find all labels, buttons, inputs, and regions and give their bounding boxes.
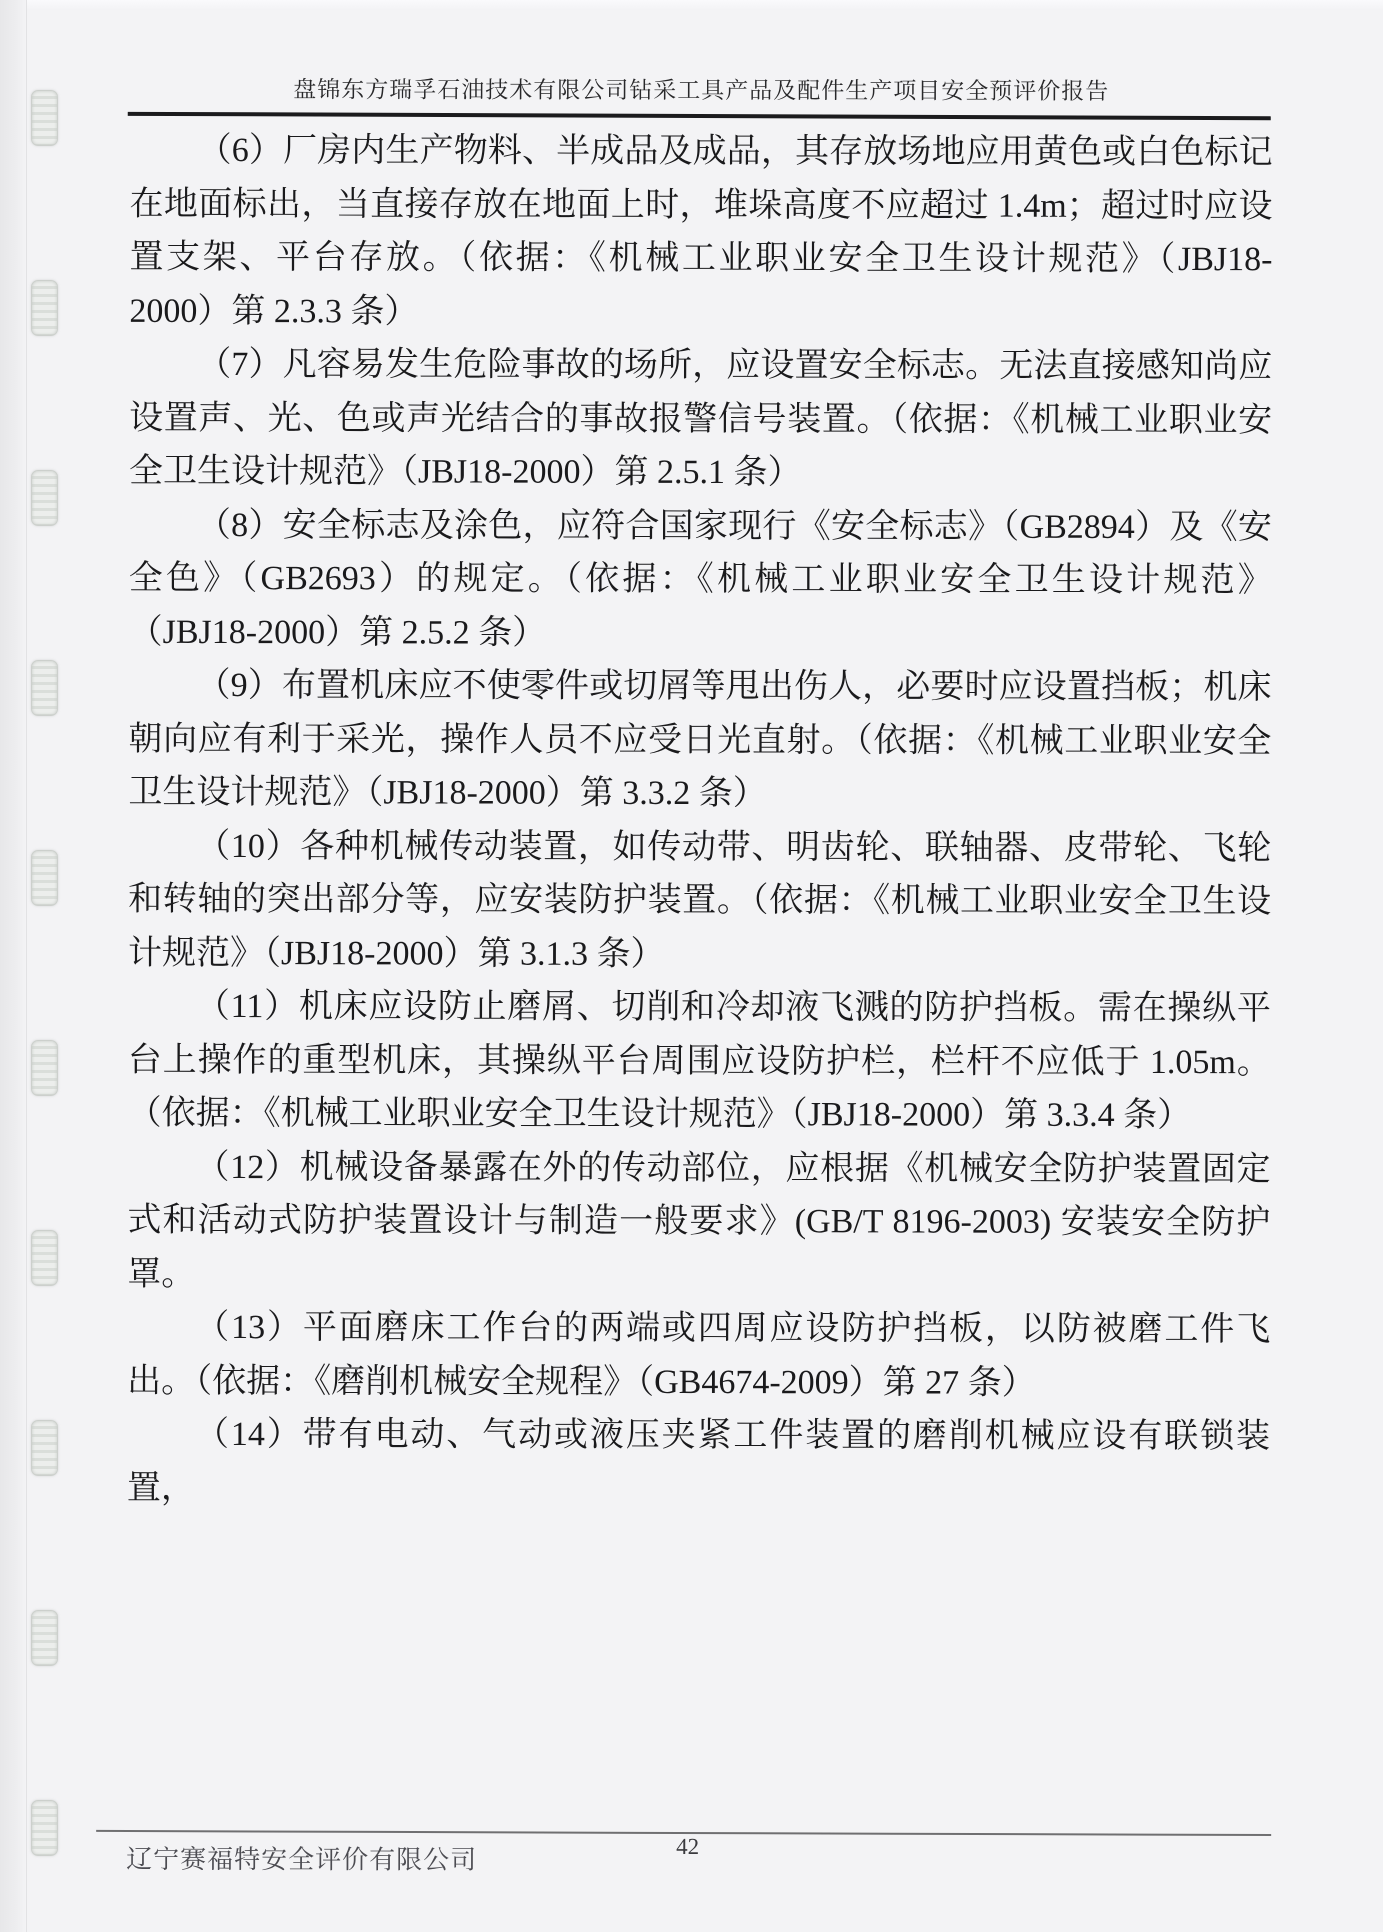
paragraph-13: （13）平面磨床工作台的两端或四周应设防护挡板，以防被磨工件飞出。（依据：《磨削…: [127, 1301, 1270, 1410]
scanned-document-page: 盘锦东方瑞孚石油技术有限公司钻采工具产品及配件生产项目安全预评价报告 （6）厂房…: [0, 0, 1383, 1932]
paragraph-10: （10）各种机械传动装置，如传动带、明齿轮、联轴器、皮带轮、飞轮和转轴的突出部分…: [128, 819, 1271, 982]
page-header-title: 盘锦东方瑞孚石油技术有限公司钻采工具产品及配件生产项目安全预评价报告: [130, 71, 1273, 106]
document-body: （6）厂房内生产物料、半成品及成品，其存放场地应用黄色或白色标记在地面标出，当直…: [127, 124, 1273, 1517]
paragraph-7: （7）凡容易发生危险事故的场所，应设置安全标志。无法直接感知尚应设置声、光、色或…: [129, 338, 1272, 501]
paragraph-8: （8）安全标志及涂色，应符合国家现行《安全标志》（GB2894）及《安全色》（G…: [129, 498, 1272, 661]
paragraph-14: （14）带有电动、气动或液压夹紧工件装置的磨削机械应设有联锁装置，: [127, 1408, 1270, 1517]
header-divider: [128, 112, 1271, 120]
page-number: 42: [0, 1833, 1379, 1862]
paragraph-12: （12）机械设备暴露在外的传动部位，应根据《机械安全防护装置固定式和活动式防护装…: [127, 1140, 1270, 1303]
paragraph-11: （11）机床应设防止磨屑、切削和冷却液飞溅的防护挡板。需在操纵平台上操作的重型机…: [128, 980, 1271, 1143]
paragraph-9: （9）布置机床应不使零件或切屑等甩出伤人，必要时应设置挡板；机床朝向应有利于采光…: [128, 659, 1271, 822]
paragraph-6: （6）厂房内生产物料、半成品及成品，其存放场地应用黄色或白色标记在地面标出，当直…: [129, 124, 1272, 340]
